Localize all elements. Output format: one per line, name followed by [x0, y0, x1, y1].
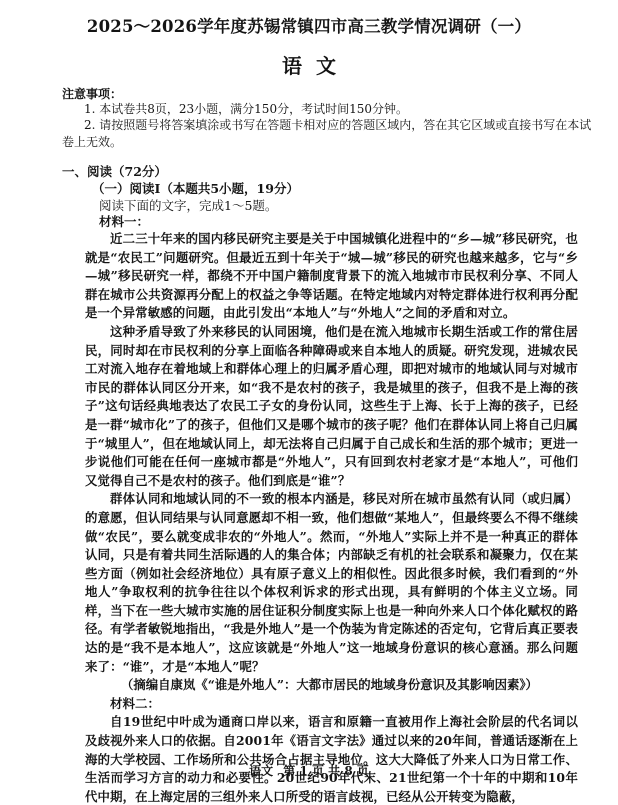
material2-paragraph-1: 自19世纪中叶成为通商口岸以来，语言和原籍一直被用作上海社会阶层的代名词以及歧视…: [85, 713, 578, 805]
material1-heading: 材料一：: [99, 212, 149, 230]
exam-title: 2025～2026学年度苏锡常镇四市高三教学情况调研（一）: [0, 13, 618, 37]
section-heading: 一、阅读（72分）: [62, 162, 167, 180]
reading-body: 近二三十年来的国内移民研究主要是关于中国城镇化进程中的“乡—城”移民研究，也就是…: [85, 230, 578, 805]
note-item-1-text: 1. 本试卷共8页，23小题，满分150分，考试时间150分钟。: [62, 102, 408, 116]
note-item-2: 2. 请按照题号将答案填涂或书写在答题卡相对应的答题区域内，答在其它区域或直接书…: [62, 117, 592, 150]
material1-source: （摘编自康岚《“谁是外地人”：大都市居民的地域身份意识及其影响因素》）: [85, 676, 578, 695]
material2-heading: 材料二：: [85, 695, 578, 714]
subject-title: 语文: [0, 50, 618, 79]
notes-heading: 注意事项：: [62, 85, 122, 102]
material1-paragraph-1: 近二三十年来的国内移民研究主要是关于中国城镇化进程中的“乡—城”移民研究，也就是…: [85, 230, 578, 323]
footer-page-number: 第 1 页 共 8 页: [283, 764, 369, 778]
material1-paragraph-2: 这种矛盾导致了外来移民的认同困境，他们是在流入地城市长期生活或工作的常住居民，同…: [85, 323, 578, 490]
subsection-heading: （一）阅读Ⅰ（本题共5小题，19分）: [92, 179, 299, 197]
exam-page: 2025～2026学年度苏锡常镇四市高三教学情况调研（一） 语文 注意事项： 1…: [0, 0, 618, 805]
page-footer: 语文 第 1 页 共 8 页: [0, 762, 618, 779]
footer-subject: 语文: [249, 764, 273, 778]
note-item-1: 1. 本试卷共8页，23小题，满分150分，考试时间150分钟。: [62, 101, 592, 118]
material1-paragraph-3: 群体认同和地域认同的不一致的根本内涵是，移民对所在城市虽然有认同（或归属）的意愿…: [85, 490, 578, 676]
